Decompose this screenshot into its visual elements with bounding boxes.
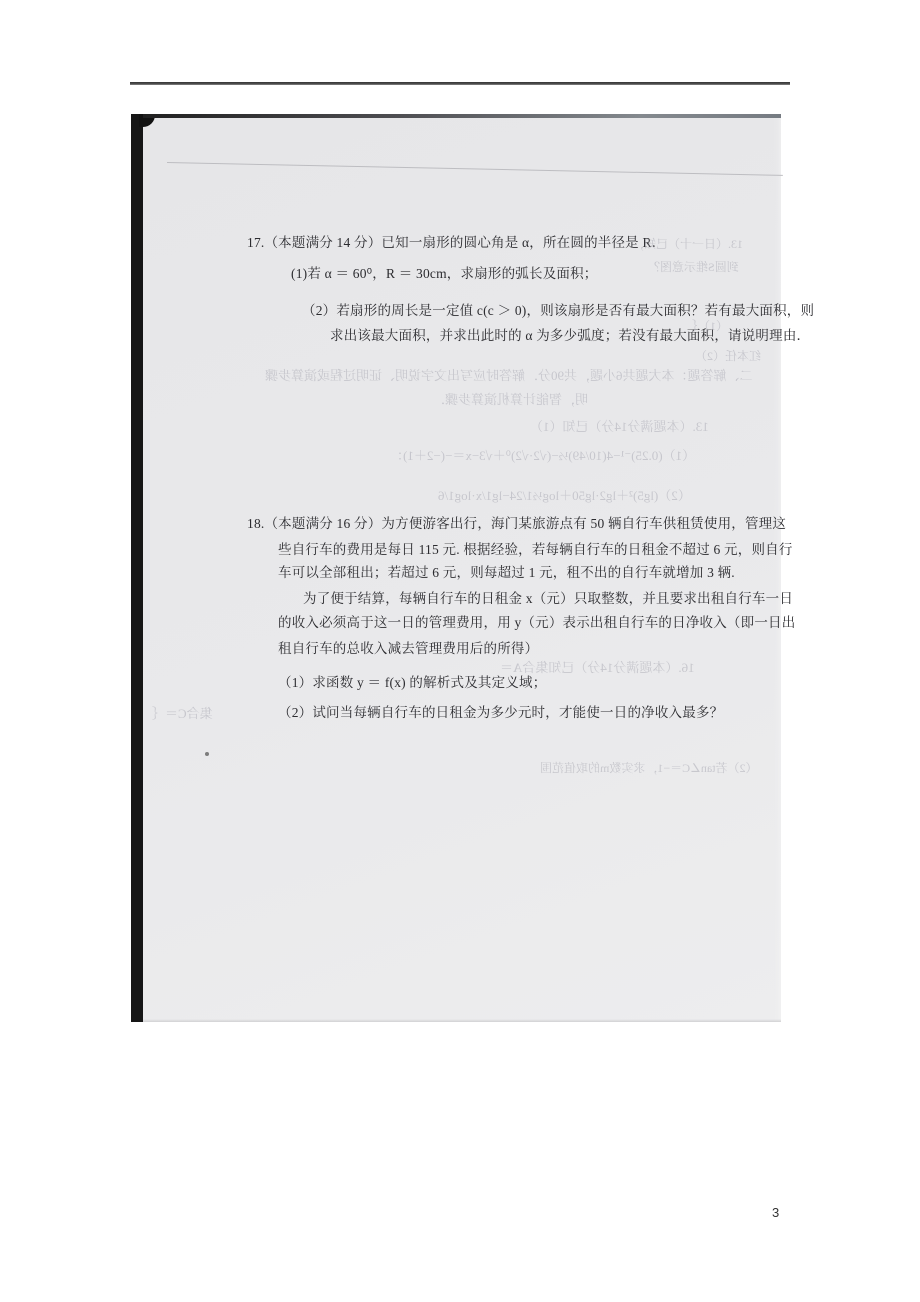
top-rule [130,82,790,85]
question-18-line-4: 为了便于结算，每辆自行车的日租金 x（元）只取整数，并且要求出租自行车一日 [303,590,793,607]
ink-dot [205,752,209,756]
question-18-line-2: 些自行车的费用是每日 115 元. 根据经验，若每辆自行车的日租金不超过 6 元… [278,541,793,558]
bleedthrough-line: 16.（本题满分14分）已知集合A＝ [500,660,695,676]
bleedthrough-line: 集合C＝｛ [152,706,213,722]
question-17-line-1: 17.（本题满分 14 分）已知一扇形的圆心角是 α，所在圆的半径是 R． [247,234,665,251]
bleedthrough-line: 13.（日一十）已知， [632,236,743,252]
bleedthrough-line: （1）(0.25)⁻¹−4(10/49)½−(√2·√2)⁰＋√3−x＝−(−2… [390,448,695,464]
scanner-edge-bottom [143,1019,781,1022]
bleedthrough-line: （2）(lg5)²＋lg2·lg50＋log½1/24−lg1/x·log1/6 [438,488,691,504]
scanner-edge-top [143,114,781,118]
question-18-line-8: （2）试问当每辆自行车的日租金为多少元时，才能使一日的净收入最多？ [278,704,723,721]
question-18-line-6: 租自行车的总收入减去管理费用后的所得） [278,640,538,657]
question-18-line-3: 车可以全部租出；若超过 6 元，则每超过 1 元，租不出的自行车就增加 3 辆. [278,564,735,581]
bleedthrough-line: 红本任（2） [695,348,761,364]
question-17-line-4: 求出该最大面积，并求出此时的 α 为多少弧度；若没有最大面积，请说明理由． [330,327,810,344]
question-17-line-2: (1)若 α ＝ 60⁰，R ＝ 30cm，求扇形的弧长及面积； [291,265,598,282]
bleedthrough-line: 二、解答题：本大题共6小题，共90分．解答时应写出文字说明、证明过程或演算步骤 [265,368,753,384]
bleedthrough-line: （1）｛ [692,318,728,334]
question-18-line-5: 的收入必须高于这一日的管理费用，用 y（元）表示出租自行车的日净收入（即一日出 [278,614,795,631]
question-18-line-7: （1）求函数 y ＝ f(x) 的解析式及其定义域； [278,674,546,691]
scanned-exam-page: { "page_number": "3", "colors": { "paper… [0,0,920,1302]
question-18-line-1: 18.（本题满分 16 分）为方便游客出行，海门某旅游点有 50 辆自行车供租赁… [247,515,786,532]
bleedthrough-line: （2）若tan∠C＝−1，求实数m的取值范围 [540,760,758,776]
page-number: 3 [772,1205,779,1220]
bleedthrough-line: 明，智能计算机演算步骤． [432,392,588,408]
question-17-line-3: （2）若扇形的周长是一定值 c(c ＞ 0)，则该扇形是否有最大面积？若有最大面… [302,302,814,319]
paper-crease-line [167,162,783,176]
scanner-edge-left [131,114,143,1022]
bleedthrough-line: 到圆S维示意图？ [648,259,739,275]
bleedthrough-line: 13.（本题满分14分）已知（1） [530,419,709,435]
